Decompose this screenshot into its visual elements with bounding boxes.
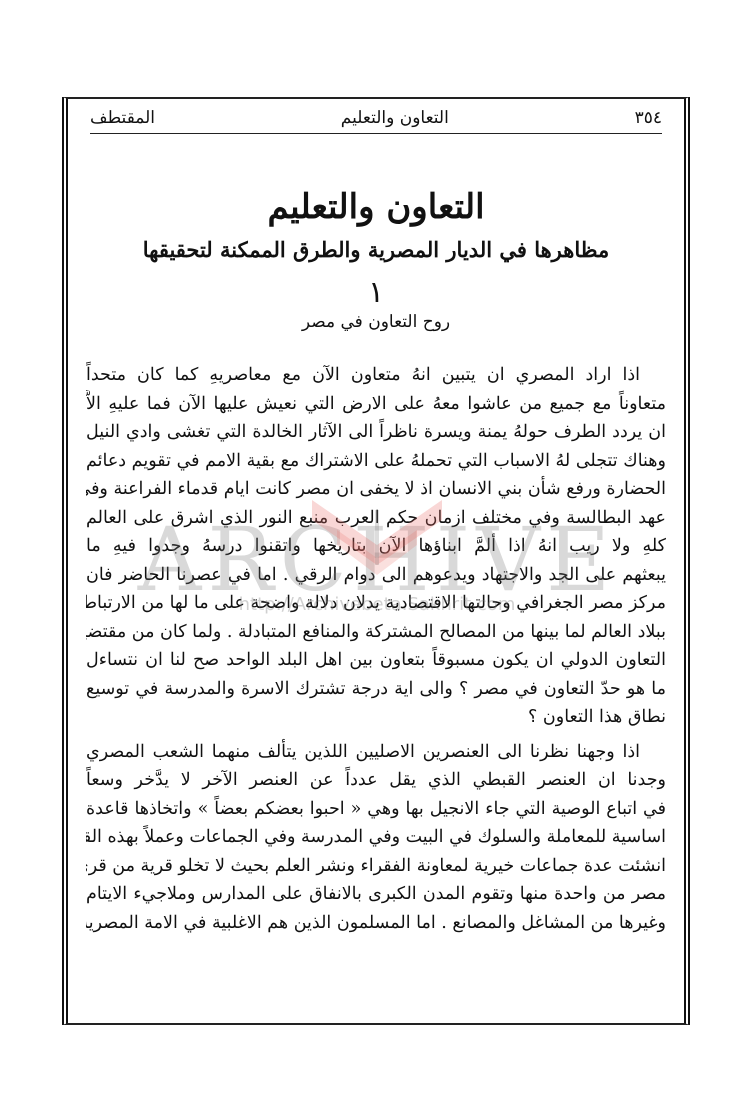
article-title: التعاون والتعليم (68, 185, 684, 229)
text-line: نطاق هذا التعاون ؟ (86, 703, 666, 732)
text-line: يبعثهم على الجد والاجتهاد ويدعوهم الى دو… (86, 561, 666, 590)
text-line: مصر من واحدة منها وتقوم المدن الكبرى بال… (86, 880, 666, 909)
running-head: ٣٥٤ التعاون والتعليم المقتطف (90, 103, 662, 134)
article-body: اذا اراد المصري ان يتبين انهُ متعاون الآ… (86, 361, 666, 937)
text-line: ان يردد الطرف حولهُ يمنة ويسرة ناظراً ال… (86, 418, 666, 447)
text-line: اذا وجهنا نظرنا الى العنصرين الاصليين ال… (86, 738, 666, 767)
title-block: التعاون والتعليم مظاهرها في الديار المصر… (68, 185, 684, 333)
text-line: انشئت عدة جماعات خيرية لمعاونة الفقراء و… (86, 852, 666, 881)
text-line: ببلاد العالم لما بينها من المصالح المشتر… (86, 618, 666, 647)
text-line: التعاون الدولي ان يكون مسبوقاً بتعاون بي… (86, 646, 666, 675)
section-heading: روح التعاون في مصر (68, 311, 684, 333)
text-line: متعاوناً مع جميع من عاشوا معهُ على الارض… (86, 390, 666, 419)
text-line: كلهِ ولا ريب انهُ اذا ألمَّ ابناؤها الآن… (86, 532, 666, 561)
text-line: مركز مصر الجغرافي وحالتها الاقتصادية يدل… (86, 589, 666, 618)
page-number: ٣٥٤ (635, 108, 662, 128)
paragraph-1: اذا اراد المصري ان يتبين انهُ متعاون الآ… (86, 361, 666, 732)
section-number: ١ (68, 275, 684, 311)
text-line: عهد البطالسة وفي مختلف ازمان حكم العرب م… (86, 504, 666, 533)
page-frame: ٣٥٤ التعاون والتعليم المقتطف التعاون وال… (62, 97, 690, 1025)
text-line: وجدنا ان العنصر القبطي الذي يقل عدداً عن… (86, 766, 666, 795)
text-line: وهناك تتجلى لهُ الاسباب التي تحملهُ على … (86, 447, 666, 476)
article-subtitle: مظاهرها في الديار المصرية والطرق الممكنة… (68, 235, 684, 265)
text-line: في اتباع الوصية التي جاء الانجيل بها وهي… (86, 795, 666, 824)
paragraph-2: اذا وجهنا نظرنا الى العنصرين الاصليين ال… (86, 738, 666, 938)
text-line: اساسية للمعاملة والسلوك في البيت وفي الم… (86, 823, 666, 852)
journal-name: المقتطف (90, 108, 155, 128)
text-line: اذا اراد المصري ان يتبين انهُ متعاون الآ… (86, 361, 666, 390)
text-line: ما هو حدّ التعاون في مصر ؟ والى اية درجة… (86, 675, 666, 704)
running-head-title: التعاون والتعليم (341, 108, 449, 128)
text-line: الحضارة ورفع شأن بني الانسان اذ لا يخفى … (86, 475, 666, 504)
text-line: وغيرها من المشاغل والمصانع . اما المسلمو… (86, 909, 666, 938)
